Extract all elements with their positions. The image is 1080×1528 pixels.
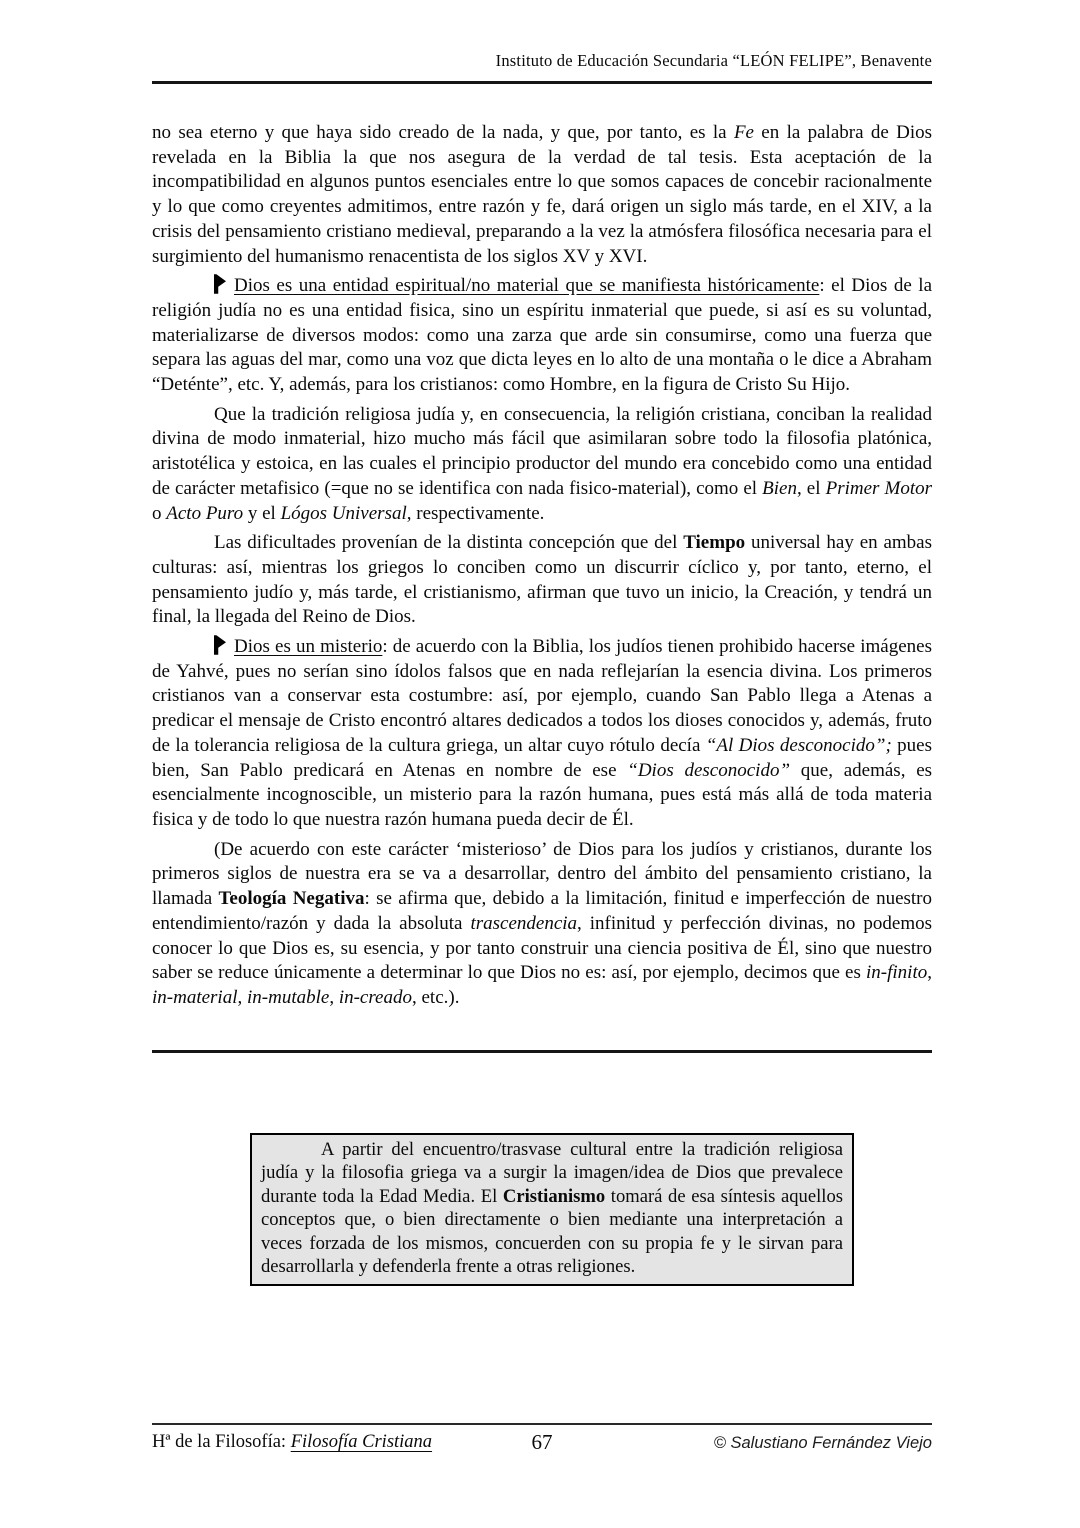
paragraph: (De acuerdo con este carácter ‘misterios…: [152, 838, 932, 1011]
footer-course-title: Filosofía Cristiana: [291, 1432, 432, 1452]
footer-rule: [152, 1423, 932, 1425]
text-run: y el: [243, 503, 280, 524]
copyright-notice: © Salustiano Fernández Viejo: [714, 1434, 932, 1453]
document-page: Instituto de Educación Secundaria “LEÓN …: [0, 0, 1080, 1528]
pen-nib-bullet-icon: [214, 274, 226, 294]
text-run: ,: [927, 962, 932, 983]
text-run: no sea eterno y que haya sido creado de …: [152, 122, 734, 143]
footer-course: Hª de la Filosofía: Filosofía Cristiana: [152, 1432, 432, 1452]
bullet-paragraph: Dios es un misterio: de acuerdo con la B…: [152, 635, 932, 833]
text-run: , respectivamente.: [407, 503, 545, 524]
footer-row: Hª de la Filosofía: Filosofía Cristiana …: [152, 1432, 932, 1458]
text-run: Teología Negativa: [218, 888, 364, 909]
bullet-paragraph: Dios es una entidad espiritual/no materi…: [152, 274, 932, 398]
body-paragraphs: no sea eterno y que haya sido creado de …: [152, 121, 932, 1011]
text-run: in-material: [152, 987, 238, 1008]
text-run: Acto Puro: [166, 503, 243, 524]
text-run: en la palabra de Dios revelada en la Bib…: [152, 122, 932, 267]
text-run: “Al Dios desconocido”;: [706, 735, 892, 756]
text-run: trascendencia: [470, 913, 577, 934]
summary-box-text: A partir del encuentro/trasvase cultural…: [261, 1138, 843, 1279]
text-run: , etc.).: [412, 987, 459, 1008]
page-content: Instituto de Educación Secundaria “LEÓN …: [152, 0, 932, 1286]
text-run: , el: [797, 478, 826, 499]
paragraph: no sea eterno y que haya sido creado de …: [152, 121, 932, 269]
text-run: ,: [329, 987, 339, 1008]
header-rule: [152, 81, 932, 84]
section-divider-rule: [152, 1050, 932, 1053]
text-run: Las dificultades provenían de la distint…: [214, 532, 683, 553]
page-header: Instituto de Educación Secundaria “LEÓN …: [152, 0, 932, 84]
text-run: “Dios desconocido”: [627, 760, 790, 781]
text-run: in-mutable: [247, 987, 329, 1008]
page-footer: Hª de la Filosofía: Filosofía Cristiana …: [152, 1423, 932, 1458]
text-run: Fe: [734, 122, 754, 143]
text-run: in-finito: [866, 962, 927, 983]
text-run: ,: [238, 987, 248, 1008]
pen-nib-bullet-icon: [214, 635, 226, 655]
paragraph: Las dificultades provenían de la distint…: [152, 531, 932, 630]
text-run: Primer Motor: [826, 478, 932, 499]
text-run: Dios es un misterio: [234, 636, 382, 657]
text-run: in-creado: [339, 987, 412, 1008]
text-run: Tiempo: [683, 532, 745, 553]
paragraph: Que la tradición religiosa judía y, en c…: [152, 403, 932, 527]
text-run: Cristianismo: [503, 1186, 605, 1207]
footer-course-label: Hª de la Filosofía:: [152, 1432, 291, 1452]
text-run: Lógos Universal: [281, 503, 407, 524]
text-run: Dios es una entidad espiritual/no materi…: [234, 275, 819, 296]
institution-name: Instituto de Educación Secundaria “LEÓN …: [152, 50, 932, 72]
page-number: 67: [532, 1430, 553, 1455]
summary-box: A partir del encuentro/trasvase cultural…: [250, 1133, 854, 1286]
text-run: Bien: [762, 478, 797, 499]
text-run: o: [152, 503, 166, 524]
